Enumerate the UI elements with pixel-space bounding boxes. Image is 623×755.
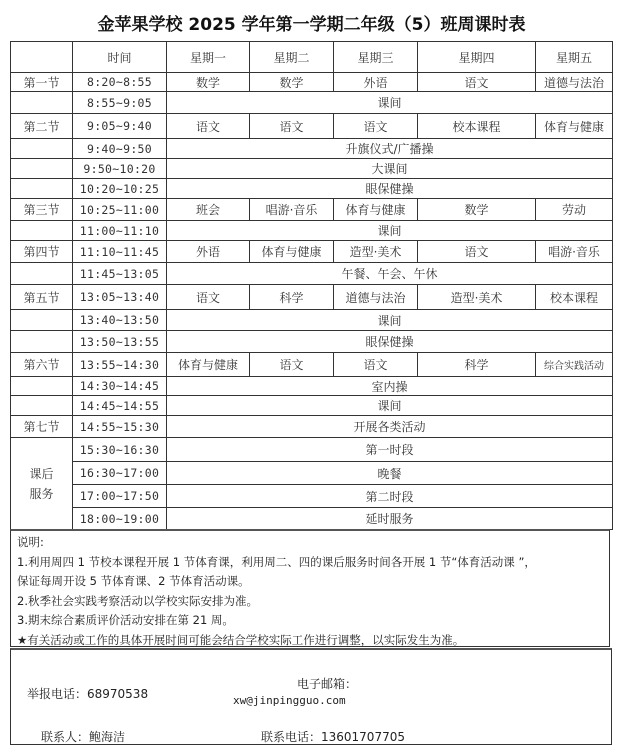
period-label: 第三节 bbox=[11, 199, 73, 221]
class-cell: 体育与健康 bbox=[167, 353, 250, 377]
time-cell: 11:00~11:10 bbox=[73, 221, 167, 241]
period-label bbox=[11, 310, 73, 331]
period-label bbox=[11, 221, 73, 241]
time-cell: 8:20~8:55 bbox=[73, 73, 167, 92]
time-cell: 13:55~14:30 bbox=[73, 353, 167, 377]
class-cell: 道德与法治 bbox=[536, 73, 613, 92]
class-cell: 体育与健康 bbox=[250, 241, 334, 263]
time-cell: 14:45~14:55 bbox=[73, 396, 167, 416]
table-row: 9:50~10:20 大课间 bbox=[11, 159, 613, 179]
class-cell: 班会 bbox=[167, 199, 250, 221]
period-label bbox=[11, 331, 73, 353]
time-cell: 18:00~19:00 bbox=[73, 508, 167, 530]
break-cell: 课间 bbox=[167, 221, 613, 241]
class-cell: 校本课程 bbox=[418, 114, 536, 139]
after-school-label-line2: 服务 bbox=[11, 484, 72, 504]
time-cell: 10:25~11:00 bbox=[73, 199, 167, 221]
after-school-label-line1: 课后 bbox=[11, 464, 72, 484]
time-cell: 11:10~11:45 bbox=[73, 241, 167, 263]
class-cell: 数学 bbox=[167, 73, 250, 92]
time-cell: 13:40~13:50 bbox=[73, 310, 167, 331]
header-wednesday: 星期三 bbox=[334, 42, 418, 73]
table-row: 16:30~17:00 晚餐 bbox=[11, 462, 613, 485]
note-line: 3.期末综合素质评价活动安排在第 21 周。 bbox=[17, 611, 609, 631]
period-label bbox=[11, 179, 73, 199]
period-label bbox=[11, 159, 73, 179]
header-cell bbox=[11, 42, 73, 73]
class-cell: 语文 bbox=[334, 353, 418, 377]
class-cell: 语文 bbox=[167, 285, 250, 310]
after-school-cell: 第二时段 bbox=[167, 485, 613, 508]
class-cell: 科学 bbox=[418, 353, 536, 377]
email-label: 电子邮箱： bbox=[297, 675, 357, 692]
class-cell: 劳动 bbox=[536, 199, 613, 221]
table-row: 13:50~13:55 眼保健操 bbox=[11, 331, 613, 353]
break-cell: 课间 bbox=[167, 92, 613, 114]
activity-cell: 开展各类活动 bbox=[167, 416, 613, 438]
table-row: 17:00~17:50 第二时段 bbox=[11, 485, 613, 508]
contact-footer: 举报电话：68970538 电子邮箱： xw@jinpingguo.com 联系… bbox=[10, 648, 612, 745]
class-cell: 综合实践活动 bbox=[536, 353, 613, 377]
table-row: 第七节 14:55~15:30 开展各类活动 bbox=[11, 416, 613, 438]
table-row: 第二节 9:05~9:40 语文 语文 语文 校本课程 体育与健康 bbox=[11, 114, 613, 139]
time-cell: 9:05~9:40 bbox=[73, 114, 167, 139]
table-row: 10:20~10:25 眼保健操 bbox=[11, 179, 613, 199]
after-school-cell: 第一时段 bbox=[167, 438, 613, 462]
period-label: 第七节 bbox=[11, 416, 73, 438]
header-time: 时间 bbox=[73, 42, 167, 73]
page-title: 金苹果学校 2025 学年第一学期二年级（5）班周课时表 bbox=[0, 10, 623, 35]
period-label: 第六节 bbox=[11, 353, 73, 377]
table-row: 课后 服务 15:30~16:30 第一时段 bbox=[11, 438, 613, 462]
class-cell: 外语 bbox=[334, 73, 418, 92]
time-cell: 13:05~13:40 bbox=[73, 285, 167, 310]
period-label: 第一节 bbox=[11, 73, 73, 92]
note-line: 保证每周开设 5 节体育课、2 节体育活动课。 bbox=[17, 572, 609, 592]
time-cell: 16:30~17:00 bbox=[73, 462, 167, 485]
contact-phone: 联系电话：13601707705 bbox=[261, 728, 405, 745]
notes-section: 说明: 1.利用周四 1 节校本课程开展 1 节体育课，利用周二、四的课后服务时… bbox=[10, 529, 610, 647]
time-cell: 14:30~14:45 bbox=[73, 377, 167, 396]
table-row: 11:00~11:10 课间 bbox=[11, 221, 613, 241]
period-label: 第二节 bbox=[11, 114, 73, 139]
class-cell: 语文 bbox=[250, 353, 334, 377]
period-label bbox=[11, 396, 73, 416]
period-label bbox=[11, 263, 73, 285]
break-cell: 大课间 bbox=[167, 159, 613, 179]
table-row: 第三节 10:25~11:00 班会 唱游·音乐 体育与健康 数学 劳动 bbox=[11, 199, 613, 221]
table-row: 14:45~14:55 课间 bbox=[11, 396, 613, 416]
class-cell: 语文 bbox=[167, 114, 250, 139]
class-cell: 道德与法治 bbox=[334, 285, 418, 310]
table-row: 9:40~9:50 升旗仪式/广播操 bbox=[11, 139, 613, 159]
report-phone: 举报电话：68970538 bbox=[27, 685, 148, 702]
table-row: 第一节 8:20~8:55 数学 数学 外语 语文 道德与法治 bbox=[11, 73, 613, 92]
header-row: 时间 星期一 星期二 星期三 星期四 星期五 bbox=[11, 42, 613, 73]
period-label bbox=[11, 92, 73, 114]
class-cell: 造型·美术 bbox=[334, 241, 418, 263]
table-row: 13:40~13:50 课间 bbox=[11, 310, 613, 331]
after-school-cell: 延时服务 bbox=[167, 508, 613, 530]
class-cell: 语文 bbox=[418, 73, 536, 92]
class-cell: 造型·美术 bbox=[418, 285, 536, 310]
class-cell: 外语 bbox=[167, 241, 250, 263]
timetable: 时间 星期一 星期二 星期三 星期四 星期五 第一节 8:20~8:55 数学 … bbox=[10, 41, 613, 530]
header-tuesday: 星期二 bbox=[250, 42, 334, 73]
class-cell: 科学 bbox=[250, 285, 334, 310]
table-row: 第四节 11:10~11:45 外语 体育与健康 造型·美术 语文 唱游·音乐 bbox=[11, 241, 613, 263]
time-cell: 9:40~9:50 bbox=[73, 139, 167, 159]
class-cell: 唱游·音乐 bbox=[250, 199, 334, 221]
note-line: 2.秋季社会实践考察活动以学校实际安排为准。 bbox=[17, 592, 609, 612]
after-school-cell: 晚餐 bbox=[167, 462, 613, 485]
break-cell: 升旗仪式/广播操 bbox=[167, 139, 613, 159]
table-row: 8:55~9:05 课间 bbox=[11, 92, 613, 114]
time-cell: 10:20~10:25 bbox=[73, 179, 167, 199]
time-cell: 14:55~15:30 bbox=[73, 416, 167, 438]
table-row: 18:00~19:00 延时服务 bbox=[11, 508, 613, 530]
period-label: 第四节 bbox=[11, 241, 73, 263]
break-cell: 午餐、午会、午休 bbox=[167, 263, 613, 285]
table-row: 第五节 13:05~13:40 语文 科学 道德与法治 造型·美术 校本课程 bbox=[11, 285, 613, 310]
time-cell: 11:45~13:05 bbox=[73, 263, 167, 285]
time-cell: 8:55~9:05 bbox=[73, 92, 167, 114]
header-friday: 星期五 bbox=[536, 42, 613, 73]
header-thursday: 星期四 bbox=[418, 42, 536, 73]
time-cell: 15:30~16:30 bbox=[73, 438, 167, 462]
class-cell: 语文 bbox=[418, 241, 536, 263]
after-school-label: 课后 服务 bbox=[11, 438, 73, 530]
time-cell: 9:50~10:20 bbox=[73, 159, 167, 179]
header-monday: 星期一 bbox=[167, 42, 250, 73]
period-label bbox=[11, 377, 73, 396]
table-row: 11:45~13:05 午餐、午会、午休 bbox=[11, 263, 613, 285]
class-cell: 数学 bbox=[250, 73, 334, 92]
period-label bbox=[11, 139, 73, 159]
contact-person: 联系人：鲍海洁 bbox=[41, 728, 125, 745]
class-cell: 语文 bbox=[334, 114, 418, 139]
time-cell: 13:50~13:55 bbox=[73, 331, 167, 353]
class-cell: 校本课程 bbox=[536, 285, 613, 310]
time-cell: 17:00~17:50 bbox=[73, 485, 167, 508]
period-label: 第五节 bbox=[11, 285, 73, 310]
break-cell: 眼保健操 bbox=[167, 179, 613, 199]
class-cell: 唱游·音乐 bbox=[536, 241, 613, 263]
class-cell: 语文 bbox=[250, 114, 334, 139]
table-row: 第六节 13:55~14:30 体育与健康 语文 语文 科学 综合实践活动 bbox=[11, 353, 613, 377]
notes-heading: 说明: bbox=[17, 533, 609, 553]
break-cell: 课间 bbox=[167, 310, 613, 331]
break-cell: 课间 bbox=[167, 396, 613, 416]
class-cell: 体育与健康 bbox=[536, 114, 613, 139]
email-address[interactable]: xw@jinpingguo.com bbox=[233, 694, 346, 707]
note-line: 1.利用周四 1 节校本课程开展 1 节体育课，利用周二、四的课后服务时间各开展… bbox=[17, 553, 609, 573]
break-cell: 眼保健操 bbox=[167, 331, 613, 353]
class-cell: 数学 bbox=[418, 199, 536, 221]
class-cell: 体育与健康 bbox=[334, 199, 418, 221]
table-row: 14:30~14:45 室内操 bbox=[11, 377, 613, 396]
break-cell: 室内操 bbox=[167, 377, 613, 396]
